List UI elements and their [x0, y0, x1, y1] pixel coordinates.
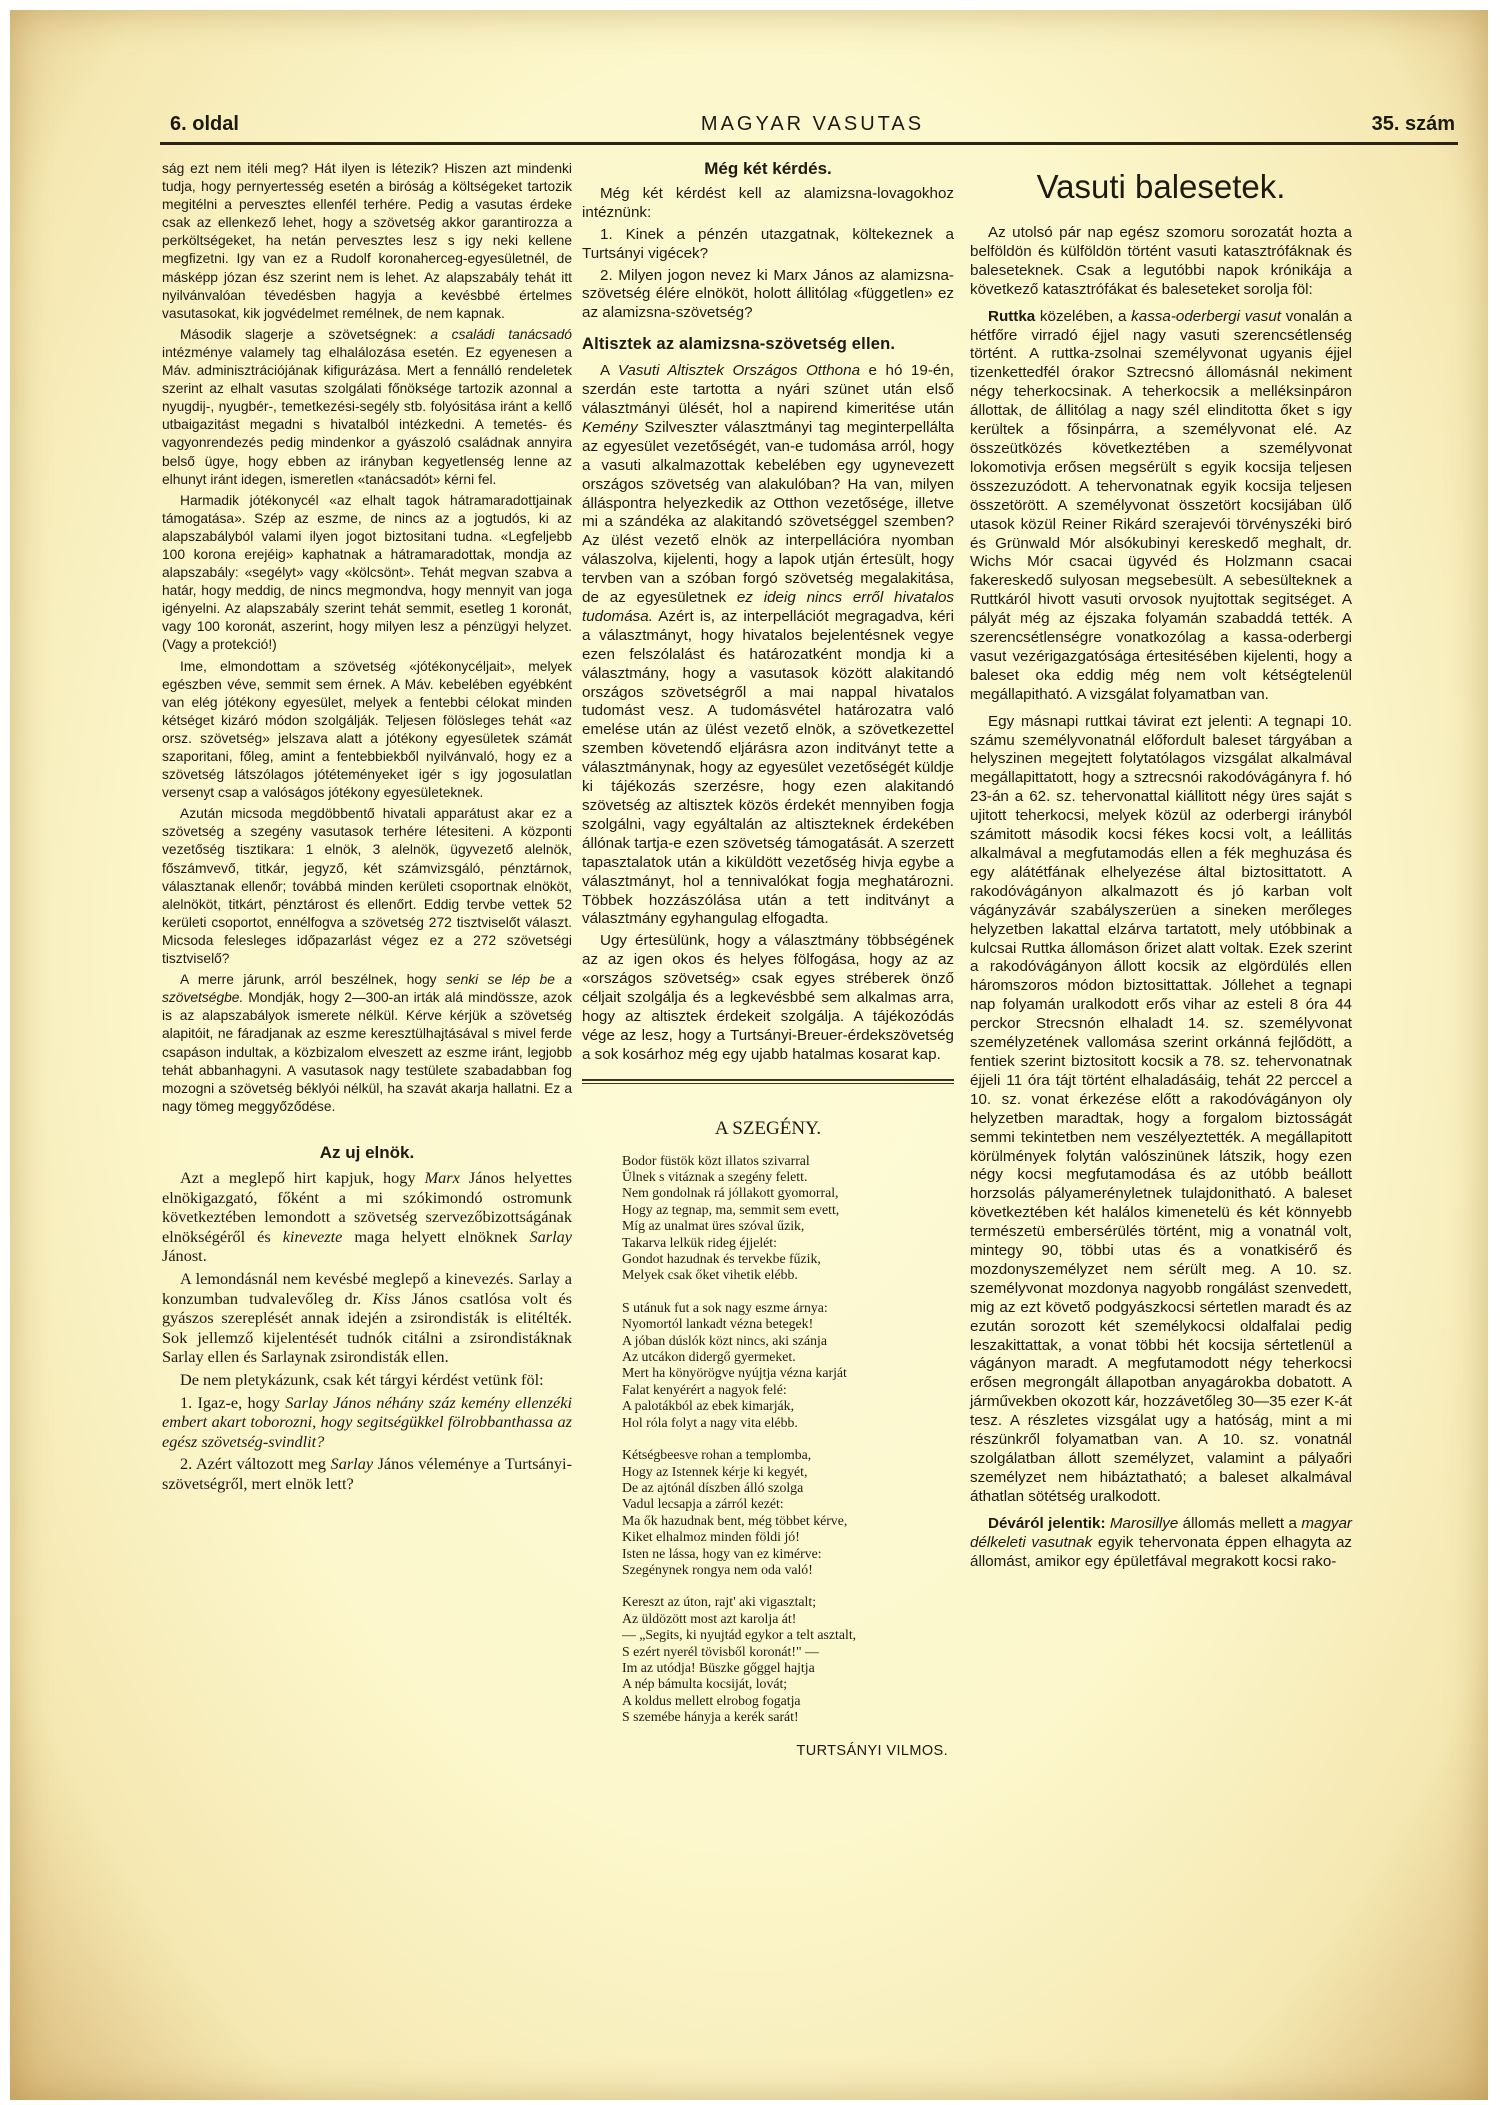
section-heading-uj-elnok: Az uj elnök. [162, 1144, 572, 1162]
column-middle: Még két kérdés. Még két kérdést kell az … [582, 160, 954, 1761]
poem-stanza: S utánuk fut a sok nagy eszme árnya:Nyom… [622, 1300, 954, 1431]
question-2: 2. Milyen jogon nevez ki Marx János az a… [582, 267, 954, 324]
paragraph: Ime, elmondottam a szövetség «jótékonycé… [162, 658, 572, 803]
paragraph: Harmadik jótékonycél «az elhalt tagok há… [162, 492, 572, 655]
poem-line: — „Segits, ki nyujtád egykor a telt aszt… [622, 1627, 954, 1643]
poem-line: Míg az unalmat üres szóval űzik, [622, 1218, 954, 1234]
publication-title: MAGYAR VASUTAS [170, 113, 1455, 136]
poem-line: Nyomortól lankadt vézna betegek! [622, 1316, 954, 1332]
poem-body: Bodor füstök közt illatos szivarralÜlnek… [582, 1153, 954, 1726]
poem-line: Kereszt az úton, rajt' aki vigasztalt; [622, 1594, 954, 1610]
poem-line: Szegénynek rongya nem oda való! [622, 1562, 954, 1578]
page-header: 6. oldal MAGYAR VASUTAS 35. szám [170, 113, 1455, 143]
poem-line: Hogy az Istennek kérje ki kegyét, [622, 1464, 954, 1480]
paragraph: Még két kérdést kell az alamizsna-lovago… [582, 185, 954, 223]
header-rule [160, 142, 1458, 145]
column-right: Vasuti balesetek. Az utolsó pár nap egés… [970, 160, 1352, 1571]
article-title-vasuti-balesetek: Vasuti balesetek. [970, 168, 1352, 206]
poem-line: Isten ne lássa, hogy van ez kimérve: [622, 1546, 954, 1562]
question-1: 1. Igaz-e, hogy Sarlay János néhány száz… [162, 1393, 572, 1452]
poem-line: A nép bámulta kocsiját, lovát; [622, 1676, 954, 1692]
paragraph: Azután micsoda megdöbbentő hivatali appa… [162, 805, 572, 968]
poem-line: Im az utódja! Büszke gőggel hajtja [622, 1660, 954, 1676]
poem-line: Ülnek s vitáznak a szegény felett. [622, 1169, 954, 1185]
poem-line: Bodor füstök közt illatos szivarral [622, 1153, 954, 1169]
paragraph: Déváról jelentik: Marosillye állomás mel… [970, 1515, 1352, 1572]
poem-stanza: Kereszt az úton, rajt' aki vigasztalt;Az… [622, 1594, 954, 1725]
poem-line: Hogy az tegnap, ma, semmit sem evett, [622, 1202, 954, 1218]
question-2: 2. Azért változott meg Sarlay János véle… [162, 1454, 572, 1493]
poem-line: A koldus mellett elrobog fogatja [622, 1693, 954, 1709]
paragraph: Azt a meglepő hirt kapjuk, hogy Marx Ján… [162, 1168, 572, 1266]
paragraph: A Vasuti Altisztek Országos Otthona e hó… [582, 362, 954, 929]
poem-line: De az ajtónál díszben álló szolga [622, 1480, 954, 1496]
poem-line: Kiket elhalmoz minden földi jó! [622, 1529, 954, 1545]
poem-line: Vadul lecsapja a zárról kezét: [622, 1496, 954, 1512]
poem-line: Gondot hazudnak és tervekbe fűzik, [622, 1251, 954, 1267]
paragraph: Egy másnapi ruttkai távirat ezt jelenti:… [970, 713, 1352, 1507]
issue-number: 35. szám [1372, 113, 1455, 136]
paragraph: Második slagerje a szövetségnek: a csalá… [162, 326, 572, 489]
poem-stanza: Kétségbeesve rohan a templomba,Hogy az I… [622, 1447, 954, 1578]
poem-line: A jóban dúslók közt nincs, aki szánja [622, 1333, 954, 1349]
poem-line: Az utcákon didergő gyermeket. [622, 1349, 954, 1365]
poem-line: S utánuk fut a sok nagy eszme árnya: [622, 1300, 954, 1316]
column-left: ság ezt nem itéli meg? Hát ilyen is léte… [162, 160, 572, 1493]
poem-title: A SZEGÉNY. [582, 1120, 954, 1139]
paragraph: ság ezt nem itéli meg? Hát ilyen is léte… [162, 160, 572, 323]
poem-line: Hol róla folyt a nagy vita elébb. [622, 1415, 954, 1431]
paragraph: A lemondásnál nem kevésbé meglepő a kine… [162, 1269, 572, 1367]
section-heading-meg-ket-kerdes: Még két kérdés. [582, 160, 954, 179]
section-divider [582, 1079, 954, 1084]
poem-line: Melyek csak őket vihetik elébb. [622, 1267, 954, 1283]
paragraph: De nem pletykázunk, csak két tárgyi kérd… [162, 1370, 572, 1390]
poem-author: TURTSÁNYI VILMOS. [582, 1742, 954, 1761]
poem-line: S ezért nyerél tövisből koronát!" — [622, 1644, 954, 1660]
poem-line: Az üldözött most azt karolja át! [622, 1611, 954, 1627]
poem-line: Falat kenyérért a nagyok felé: [622, 1382, 954, 1398]
paragraph: A merre járunk, arról beszélnek, hogy se… [162, 971, 572, 1116]
poem-line: Ma ők hazudnak bent, még többet kérve, [622, 1513, 954, 1529]
poem-line: Mert ha könyörögve nyújtja vézna karját [622, 1365, 954, 1381]
newspaper-page: 6. oldal MAGYAR VASUTAS 35. szám ság ezt… [10, 10, 1488, 2100]
paragraph: Ruttka közelében, a kassa-oderbergi vasu… [970, 308, 1352, 705]
paragraph: Az utolsó pár nap egész szomoru sorozatá… [970, 224, 1352, 300]
section-heading-altisztek: Altisztek az alamizsna-szövetség ellen. [582, 335, 954, 354]
poem-stanza: Bodor füstök közt illatos szivarralÜlnek… [622, 1153, 954, 1284]
poem-line: Kétségbeesve rohan a templomba, [622, 1447, 954, 1463]
paragraph: Ugy értesülünk, hogy a választmány többs… [582, 932, 954, 1064]
poem-line: Takarva lelkük rideg éjjelét: [622, 1235, 954, 1251]
question-1: 1. Kinek a pénzén utazgatnak, költekezne… [582, 226, 954, 264]
poem-line: Nem gondolnak rá jóllakott gyomorral, [622, 1185, 954, 1201]
poem-line: A palotákból az ebek kimarják, [622, 1398, 954, 1414]
poem-line: S szemébe hányja a kerék sarát! [622, 1709, 954, 1725]
